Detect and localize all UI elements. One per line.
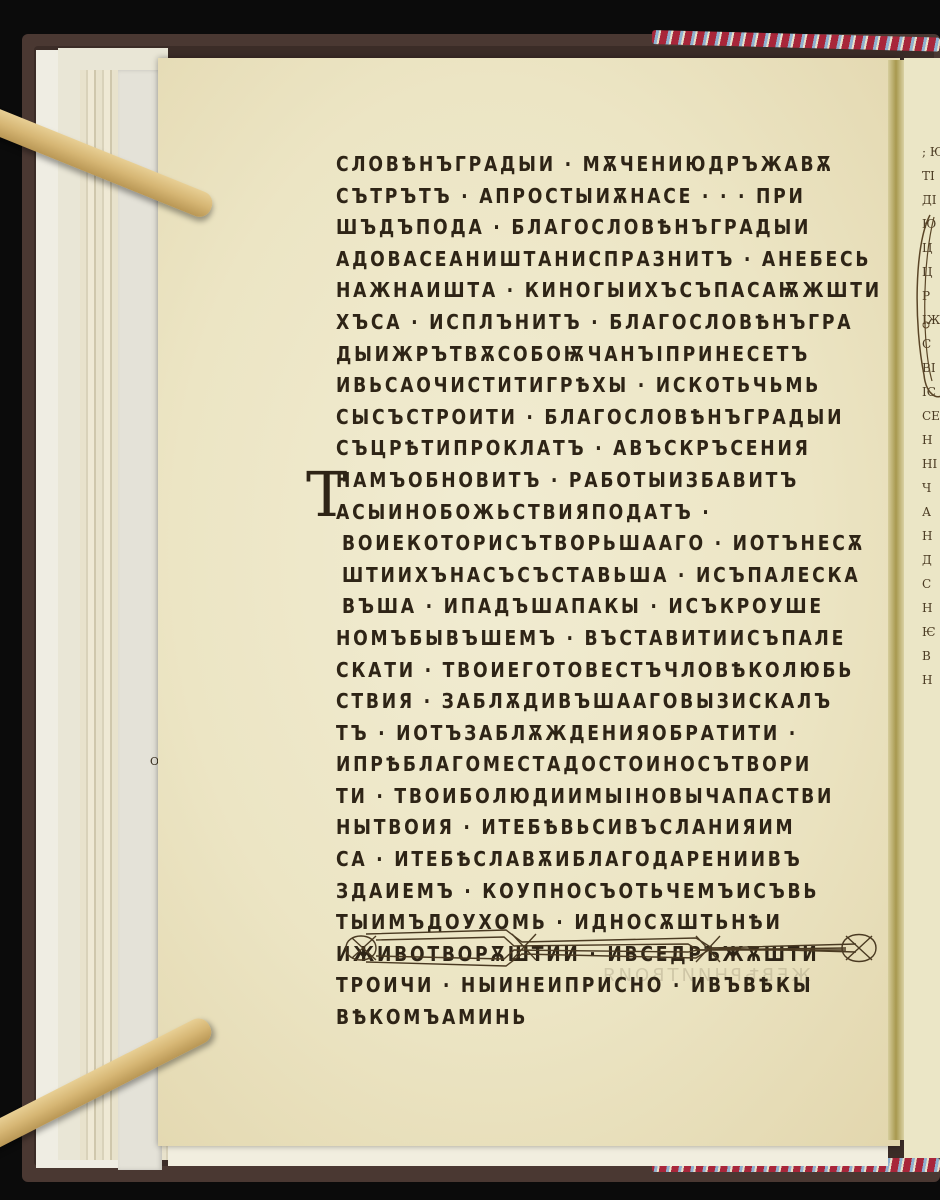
facing-page-line: А (922, 500, 940, 524)
manuscript-line: ВѢКОМЪАМИНЬ (336, 1005, 807, 1037)
facing-page-line: ТІ (922, 164, 940, 188)
manuscript-line: ТИ · ТВОИБОЛЮДИИМЫІНОВЫЧАПАСТВИ (336, 784, 807, 816)
manuscript-line: ИВЬСАОЧИСТИТИГРѢХЫ · ИСКОТЬЧЬМЬ (336, 373, 807, 405)
manuscript-line: СА · ИТЕБѢСЛАВѪИБЛАГОДАРЕНИИВЪ (336, 847, 807, 879)
gutter (888, 60, 904, 1140)
manuscript-line: НАМЪОБНОВИТЪ · РАБОТЫИЗБАВИТЪ (336, 468, 807, 500)
manuscript-line: СЪЦРѢТИПРОКЛАТЪ · АВЪСКРЪСЕНИЯ (336, 436, 807, 468)
manuscript-line: СКАТИ · ТВОИЕГОТОВЕСТЪЧЛОВѢКОЛЮБЬ (336, 658, 807, 690)
manuscript-line: СЫСЪСТРОИТИ · БЛАГОСЛОВѢНЪГРАДЫИ (336, 405, 807, 437)
manuscript-line: ДЫИЖРЪТВѪСОБОѬЧАНЪІПРИНЕСЕТЪ (336, 342, 807, 374)
leaf-stub (118, 70, 162, 1170)
facing-page-ornament-icon (912, 205, 940, 415)
manuscript-line: НОМЪБЫВЪШЕМЪ · ВЪСТАВИТИИСЪПАЛЕ (336, 626, 807, 658)
manuscript-line: СЪТРЪТЪ · АПРОСТЫИѪНАСЕ · · · ПРИ (336, 184, 807, 216)
manuscript-line: ВЪША · ИПАДЪШАПАКЫ · ИСЪКРОУШЕ (342, 594, 808, 626)
manuscript-line: ИПРѢБЛАГОМЕСТАДОСТОИНОСЪТВОРИ (336, 752, 807, 784)
facing-page-line: Н (922, 524, 940, 548)
manuscript-line: НЫТВОИЯ · ИТЕБѢВЬСИВЪСЛАНИЯИМ (336, 815, 807, 847)
facing-page-line: ; Ю (922, 140, 940, 164)
manuscript-line: ШЪДЪПОДА · БЛАГОСЛОВѢНЪГРАДЫИ (336, 215, 807, 247)
manuscript-line: НАЖНАИШТА · КИНОГЫИХЪСЪПАСАѬЖШТИ (336, 278, 807, 310)
text-block: СЛОВѢНЪГРАДЫИ · МѪЧЕНИЮДРЪЖАВѪСЪТРЪТЪ · … (336, 152, 884, 1037)
facing-page-line: Ч (922, 476, 940, 500)
manuscript-line: АДОВАСЕАНИШТАНИСПРАЗНИТЪ · АНЕБЕСЬ (336, 247, 807, 279)
manuscript-line: ЗДАИЕМЪ · КОУПНОСЪОТЬЧЕМЪИСЪВЬ (336, 879, 807, 911)
facing-page-line: В (922, 644, 940, 668)
manuscript-line: ТЪ · ИОТЪЗАБЛѪЖДЕНИЯОБРАТИТИ · (336, 721, 807, 753)
facing-page-line: Н (922, 596, 940, 620)
manuscript-line: СТВИЯ · ЗАБЛѪДИВЪШААГОВЫЗИСКАЛЪ (336, 689, 807, 721)
manuscript-line: ВОИЕКОТОРИСЪТВОРЬШААГО · ИОТЪНЕСѪ (342, 531, 808, 563)
manuscript-line: ХЪСА · ИСПЛЪНИТЪ · БЛАГОСЛОВѢНЪГРА (336, 310, 807, 342)
facing-page-line: Н (922, 668, 940, 692)
facing-page-line: С (922, 572, 940, 596)
facing-page-line: Ѥ (922, 620, 940, 644)
manuscript-line: АСЫИНОБОЖЬСТВИЯПОДАТЪ · (336, 500, 807, 532)
facing-page-line: Н (922, 428, 940, 452)
facing-page-line: Д (922, 548, 940, 572)
facing-page-line: НІ (922, 452, 940, 476)
manuscript-line: ТРОИЧИ · НЫИНЕИПРИСНО · ИВЪВѢКЫ (336, 973, 807, 1005)
manuscript-line: ШТИИХЪНАСЪСЪСТАВЬША · ИСЪПАЛЕСКА (342, 563, 808, 595)
manuscript-line: СЛОВѢНЪГРАДЫИ · МѪЧЕНИЮДРЪЖАВѪ (336, 152, 807, 184)
interlace-ornament-icon (336, 924, 882, 972)
